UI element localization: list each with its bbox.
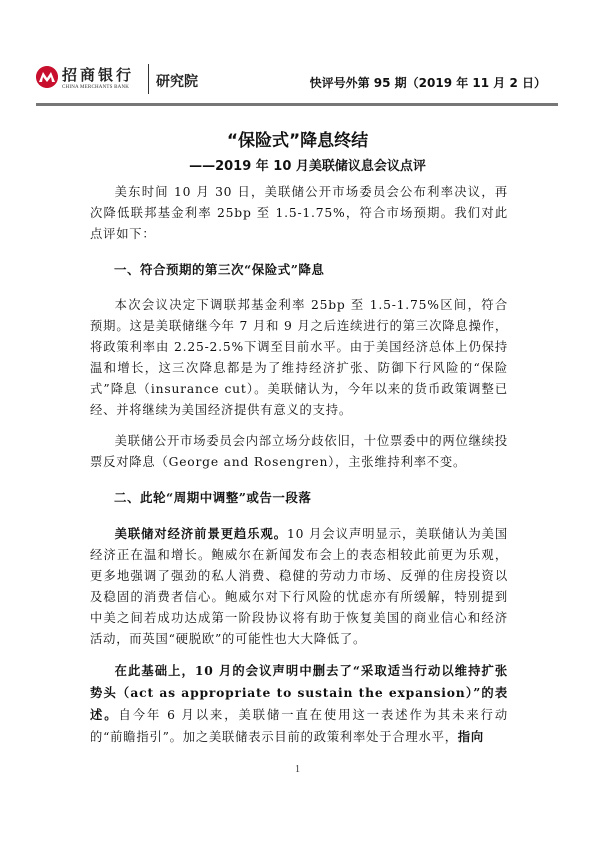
section-heading-2: 二、此轮“周期中调整”或告一段落 xyxy=(90,487,508,509)
document-header: 招商银行 CHINA MERCHANTS BANK 研究院 快评号外第 95 期… xyxy=(36,62,558,100)
document-title: “保险式”降息终结 xyxy=(0,126,595,151)
section-1-paragraph-1: 本次会议决定下调联邦基金利率 25bp 至 1.5-1.75%区间，符合预期。这… xyxy=(90,295,508,421)
intro-paragraph: 美东时间 10 月 30 日，美联储公开市场委员会公布利率决议，再次降低联邦基金… xyxy=(90,182,508,245)
section-2-p2-body: 自今年 6 月以来，美联储一直在使用这一表述作为其未来行动的“前瞻指引”。加之美… xyxy=(90,708,508,744)
section-2-paragraph-1: 美联储对经济前景更趋乐观。10 月会议声明显示，美联储认为美国经济正在温和增长。… xyxy=(90,523,508,650)
section-1-paragraph-2: 美联储公开市场委员会内部立场分歧依旧，十位票委中的两位继续投票反对降息（Geor… xyxy=(90,431,508,473)
document-subtitle: ——2019 年 10 月美联储议息会议点评 xyxy=(0,155,595,174)
department-label: 研究院 xyxy=(156,71,198,91)
section-2-p2-tail: 指向 xyxy=(458,729,484,744)
page-number: 1 xyxy=(0,764,595,775)
issue-label: 快评号外第 95 期（2019 年 11 月 2 日） xyxy=(310,74,546,91)
china-merchants-bank-logo-icon xyxy=(36,66,58,88)
section-2-p1-body: 10 月会议声明显示，美联储认为美国经济正在温和增长。鲍威尔在新闻发布会上的表态… xyxy=(90,527,508,646)
logo-cn-text: 招商银行 xyxy=(62,64,134,85)
logo-en-text: CHINA MERCHANTS BANK xyxy=(62,85,129,90)
header-rule xyxy=(36,103,558,106)
section-2-p1-lead: 美联储对经济前景更趋乐观。 xyxy=(115,526,287,541)
section-2-paragraph-2: 在此基础上，10 月的会议声明中删去了“采取适当行动以维持扩张势头（act as… xyxy=(90,660,508,748)
section-heading-1: 一、符合预期的第三次“保险式”降息 xyxy=(90,259,508,281)
document-body: 美东时间 10 月 30 日，美联储公开市场委员会公布利率决议，再次降低联邦基金… xyxy=(90,182,508,748)
header-divider xyxy=(148,64,149,94)
